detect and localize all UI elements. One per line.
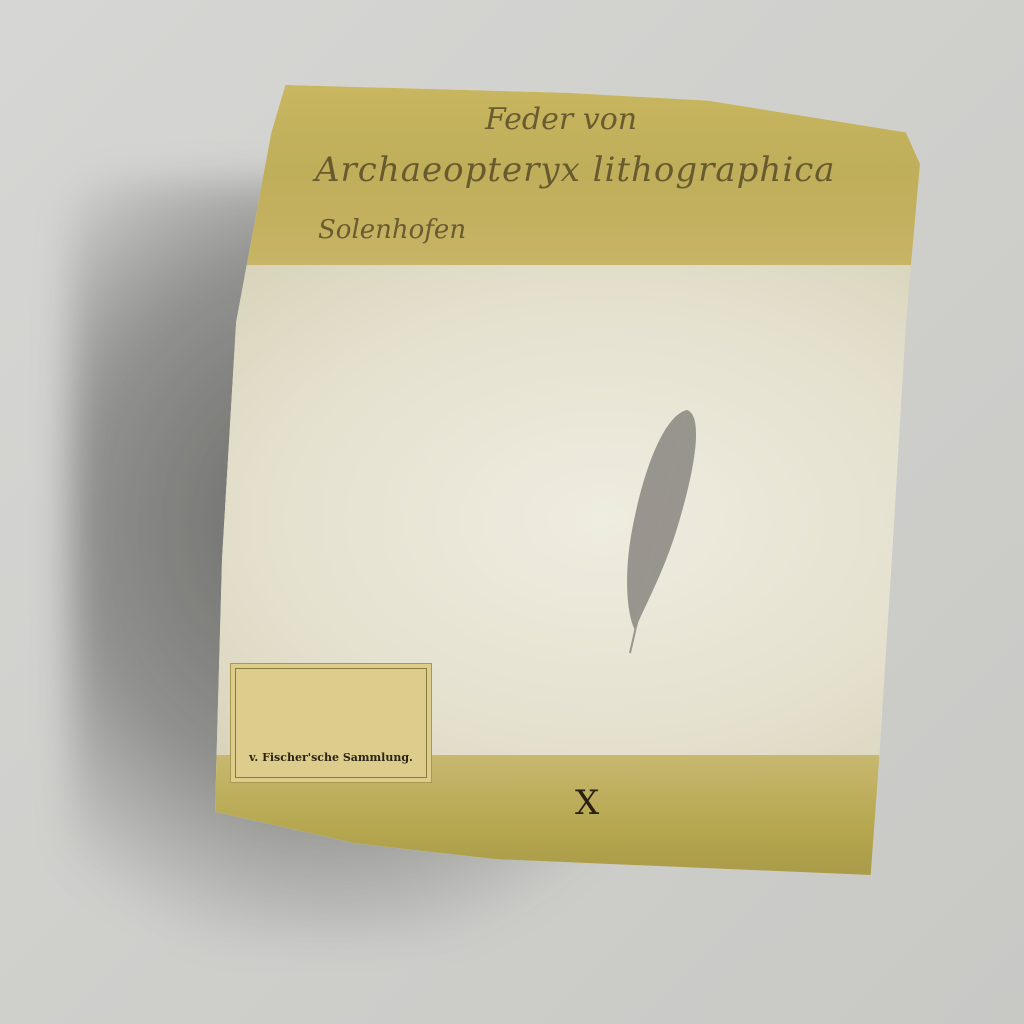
handwriting-line-3: Solenhofen <box>318 215 466 245</box>
handwriting-line-1: Feder von <box>485 102 637 137</box>
collection-label-text: v. Fischer'sche Sammlung. <box>231 751 431 764</box>
collection-label: v. Fischer'sche Sammlung. <box>230 663 432 783</box>
handwriting-line-2: Archaeopteryx lithographica <box>315 150 836 190</box>
bottom-mark: X <box>575 783 599 823</box>
fossil-feather-icon <box>615 405 705 655</box>
